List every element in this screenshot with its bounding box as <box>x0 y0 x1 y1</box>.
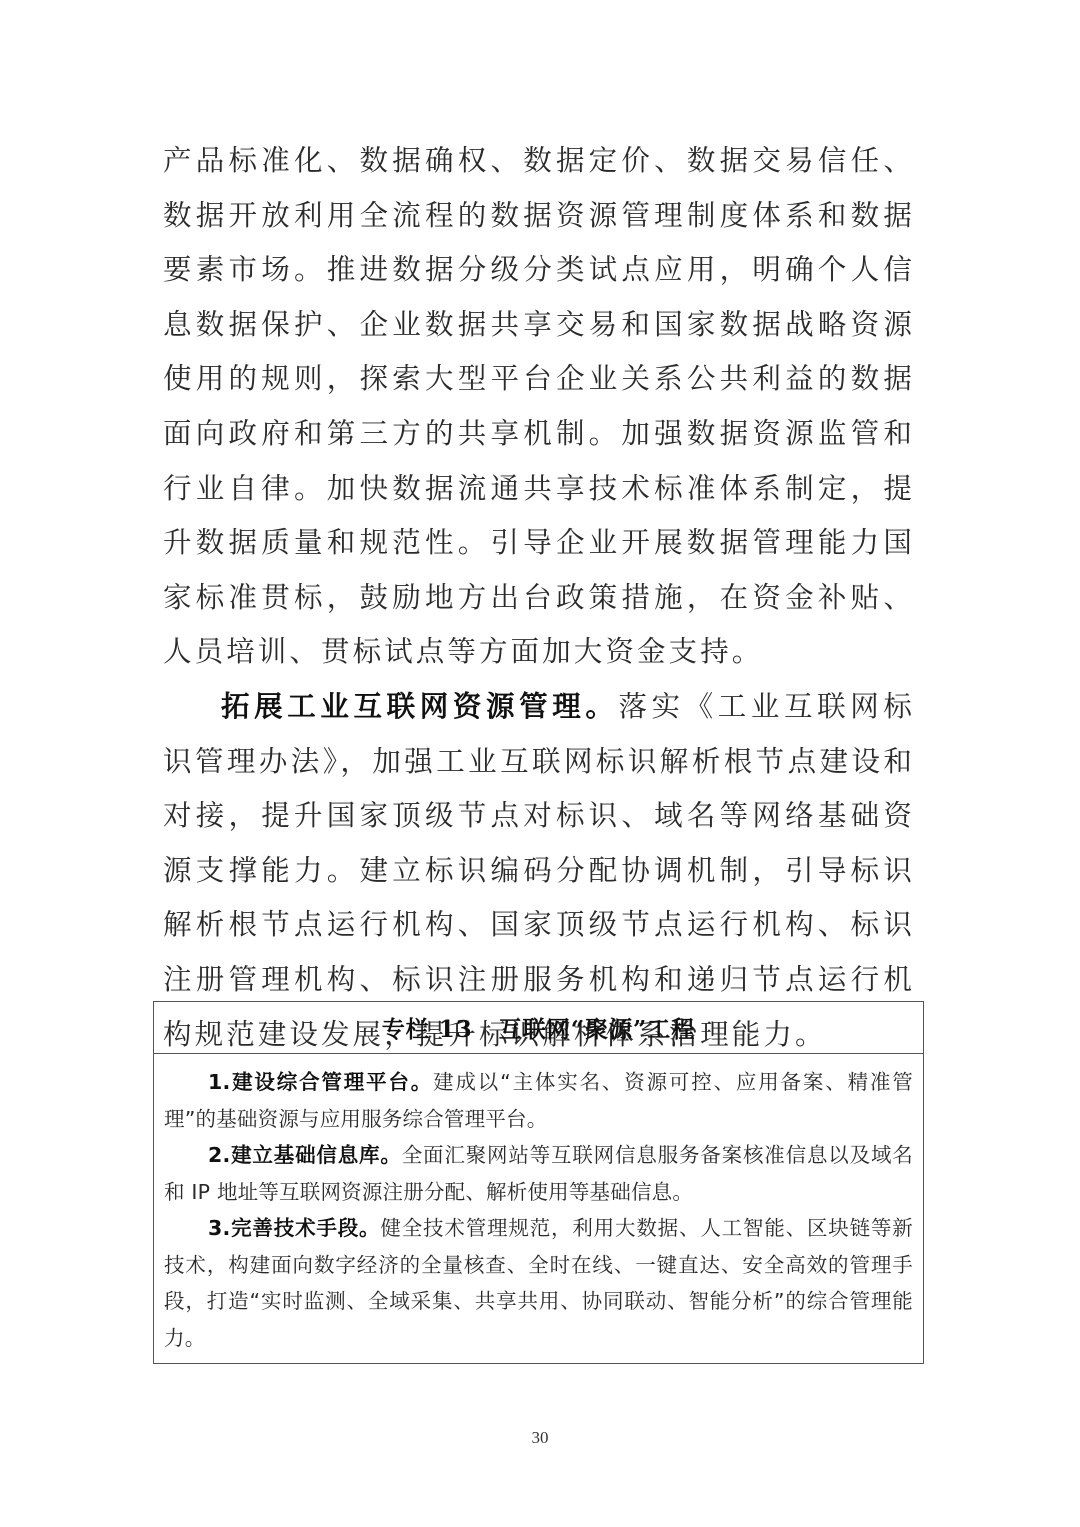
box-item: 3.完善技术手段。健全技术管理规范，利用大数据、人工智能、区块链等新技术，构建面… <box>164 1210 913 1356</box>
box-header: 专栏 13 互联网“聚源”工程 <box>154 1002 923 1054</box>
box-item: 2.建立基础信息库。全面汇聚网站等互联网信息服务备案核准信息以及域名和 IP 地… <box>164 1137 913 1210</box>
document-body: 产品标准化、数据确权、数据定价、数据交易信任、数据开放利用全流程的数据资源管理制… <box>163 134 915 1062</box>
box-number: 专栏 13 <box>382 1011 473 1044</box>
page-number: 30 <box>0 1428 1080 1448</box>
paragraph-text: 落实《工业互联网标识管理办法》，加强工业互联网标识解析根节点建设和对接，提升国家… <box>163 690 915 1051</box>
box-body: 1.建设综合管理平台。建成以“主体实名、资源可控、应用备案、精准管理”的基础资源… <box>154 1054 923 1356</box>
box-item-lead: 1.建设综合管理平台。 <box>208 1070 433 1094</box>
box-item-lead: 3.完善技术手段。 <box>208 1216 380 1240</box>
box-item-lead: 2.建立基础信息库。 <box>208 1143 402 1167</box>
paragraph-data-resource-management: 产品标准化、数据确权、数据定价、数据交易信任、数据开放利用全流程的数据资源管理制… <box>163 134 915 680</box>
box-item: 1.建设综合管理平台。建成以“主体实名、资源可控、应用备案、精准管理”的基础资源… <box>164 1064 913 1137</box>
special-column-box: 专栏 13 互联网“聚源”工程 1.建设综合管理平台。建成以“主体实名、资源可控… <box>153 1001 924 1364</box>
box-title: 互联网“聚源”工程 <box>499 1011 695 1044</box>
paragraph-bold-lead: 拓展工业互联网资源管理。 <box>221 690 618 723</box>
